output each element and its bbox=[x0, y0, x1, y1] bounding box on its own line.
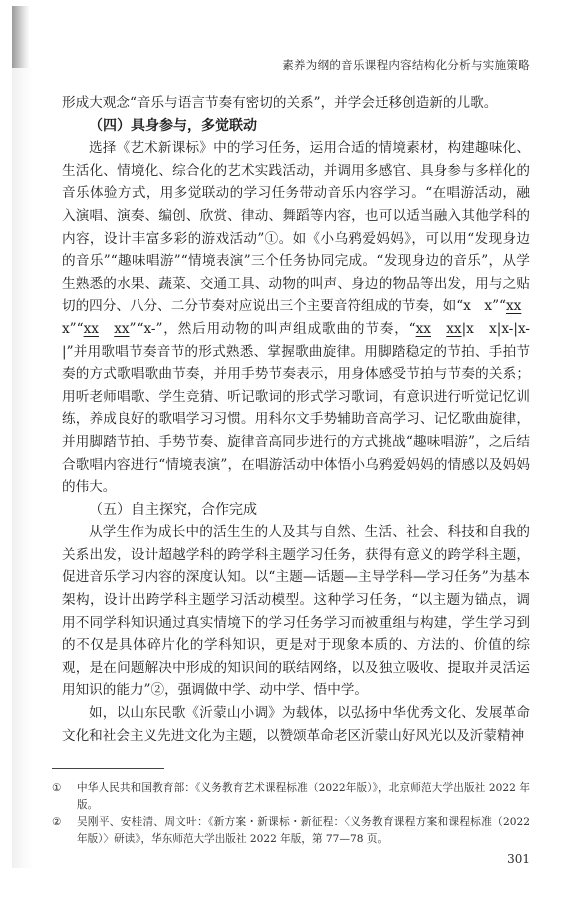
page-number: 301 bbox=[507, 852, 530, 866]
footnote-2: ② 吴刚平、安桂清、周文叶：《新方案・新课标・新征程：〈义务教育课程方案和课程标… bbox=[52, 814, 530, 848]
footnote-mark: ① bbox=[52, 780, 77, 814]
paragraph-text bbox=[431, 321, 446, 337]
section-heading-4: （四）具身参与，多觉联动 bbox=[62, 115, 530, 138]
paragraph-text: 选择《艺术新课标》中的学习任务，运用合适的情境素材，构建趣味化、生活化、情境化、… bbox=[62, 140, 530, 314]
paragraph-text bbox=[99, 321, 114, 337]
footnote-mark: ② bbox=[52, 814, 77, 848]
footnote-text: 吴刚平、安桂清、周文叶：《新方案・新课标・新征程：〈义务教育课程方案和课程标准（… bbox=[77, 814, 530, 848]
footnote-text: 中华人民共和国教育部：《义务教育艺术课程标准（2022年版）》，北京师范大学出版… bbox=[77, 780, 530, 814]
rhythm-notation: xx bbox=[84, 321, 99, 337]
paragraph-embodied-participation: 选择《艺术新课标》中的学习任务，运用合适的情境素材，构建趣味化、生活化、情境化、… bbox=[62, 137, 530, 499]
rhythm-notation: xx bbox=[446, 321, 461, 337]
paragraph-continuation: 形成大观念“音乐与语言节奏有密切的关系”，并学会迁移创造新的儿歌。 bbox=[62, 92, 530, 115]
rhythm-notation: xx bbox=[114, 321, 129, 337]
footnotes: ① 中华人民共和国教育部：《义务教育艺术课程标准（2022年版）》，北京师范大学… bbox=[52, 780, 530, 848]
body-text: 形成大观念“音乐与语言节奏有密切的关系”，并学会迁移创造新的儿歌。 （四）具身参… bbox=[62, 92, 530, 747]
footnote-separator bbox=[52, 768, 164, 769]
section-heading-5: （五）自主探究，合作完成 bbox=[62, 499, 530, 522]
paragraph-interdisciplinary: 从学生作为成长中的活生生的人及其与自然、生活、社会、科技和自我的关系出发，设计超… bbox=[62, 521, 530, 702]
book-spine-shadow bbox=[12, 6, 30, 68]
page-gutter-shadow bbox=[12, 68, 34, 868]
paragraph-text: |x x|x-|x-|”并用歌唱节奏音节的形式熟悉、掌握歌曲旋律。用脚踏稳定的节… bbox=[62, 321, 530, 495]
rhythm-notation: xx bbox=[416, 321, 431, 337]
footnote-1: ① 中华人民共和国教育部：《义务教育艺术课程标准（2022年版）》，北京师范大学… bbox=[52, 780, 530, 814]
paragraph-example: 如，以山东民歌《沂蒙山小调》为载体，以弘扬中华优秀文化、发展革命文化和社会主义先… bbox=[62, 702, 530, 747]
rhythm-notation: xx bbox=[506, 298, 521, 314]
running-head: 素养为纲的音乐课程内容结构化分析与实施策略 bbox=[282, 57, 530, 73]
paragraph-text: ”“x-”，然后用动物的叫声组成歌曲的节奏，“ bbox=[130, 321, 416, 337]
